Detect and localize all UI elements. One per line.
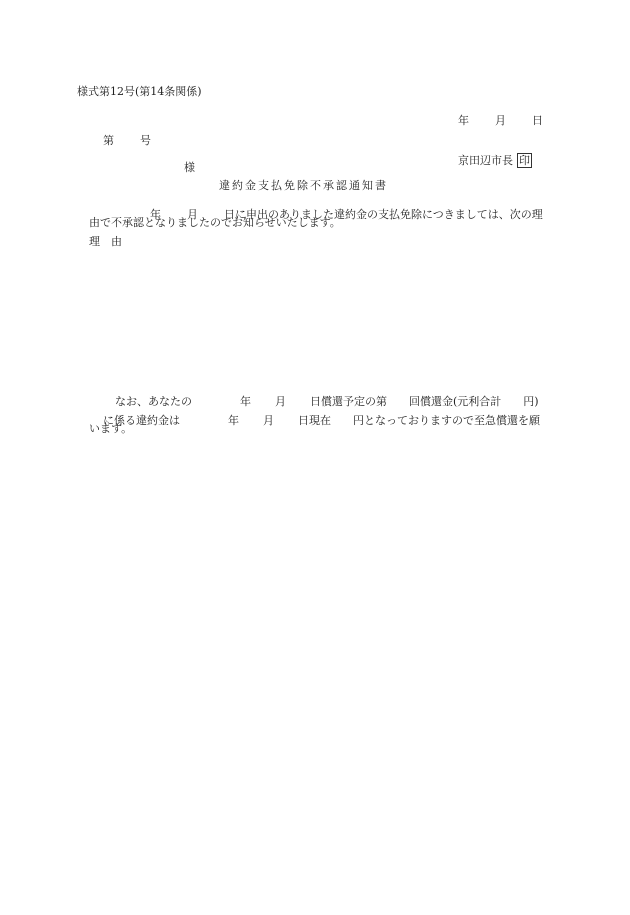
notice-line-2: に係る違約金は年月日現在円となっておりますので至急償還を願 <box>89 404 540 437</box>
date-line: 年月日 <box>444 104 543 137</box>
form-number: 様式第12号(第14条関係) <box>77 86 202 97</box>
notice-line-3: います。 <box>89 423 132 434</box>
notice-month-2: 月 <box>263 414 274 427</box>
notice-day-text-2: 日現在 <box>298 414 331 427</box>
notice-year-2: 年 <box>228 414 239 427</box>
document-number: 第号 <box>89 124 151 157</box>
document-number-suffix: 号 <box>140 134 151 147</box>
notice-text-2: 円となっておりますので至急償還を願 <box>353 414 540 427</box>
issuer: 京田辺市長印 <box>444 142 532 179</box>
date-day: 日 <box>532 114 543 127</box>
body-line-2: 由で不承認となりましたのでお知らせいたします。 <box>89 217 341 228</box>
seal-stamp: 印 <box>517 153 532 168</box>
recipient-honorific: 様 <box>184 162 195 173</box>
document-title: 違約金支払免除不承認通知書 <box>219 180 388 191</box>
document-number-prefix: 第 <box>103 134 114 147</box>
date-month: 月 <box>495 114 506 127</box>
date-year: 年 <box>458 114 469 127</box>
reason-label: 理 由 <box>89 236 122 247</box>
issuer-name: 京田辺市長 <box>458 154 513 167</box>
